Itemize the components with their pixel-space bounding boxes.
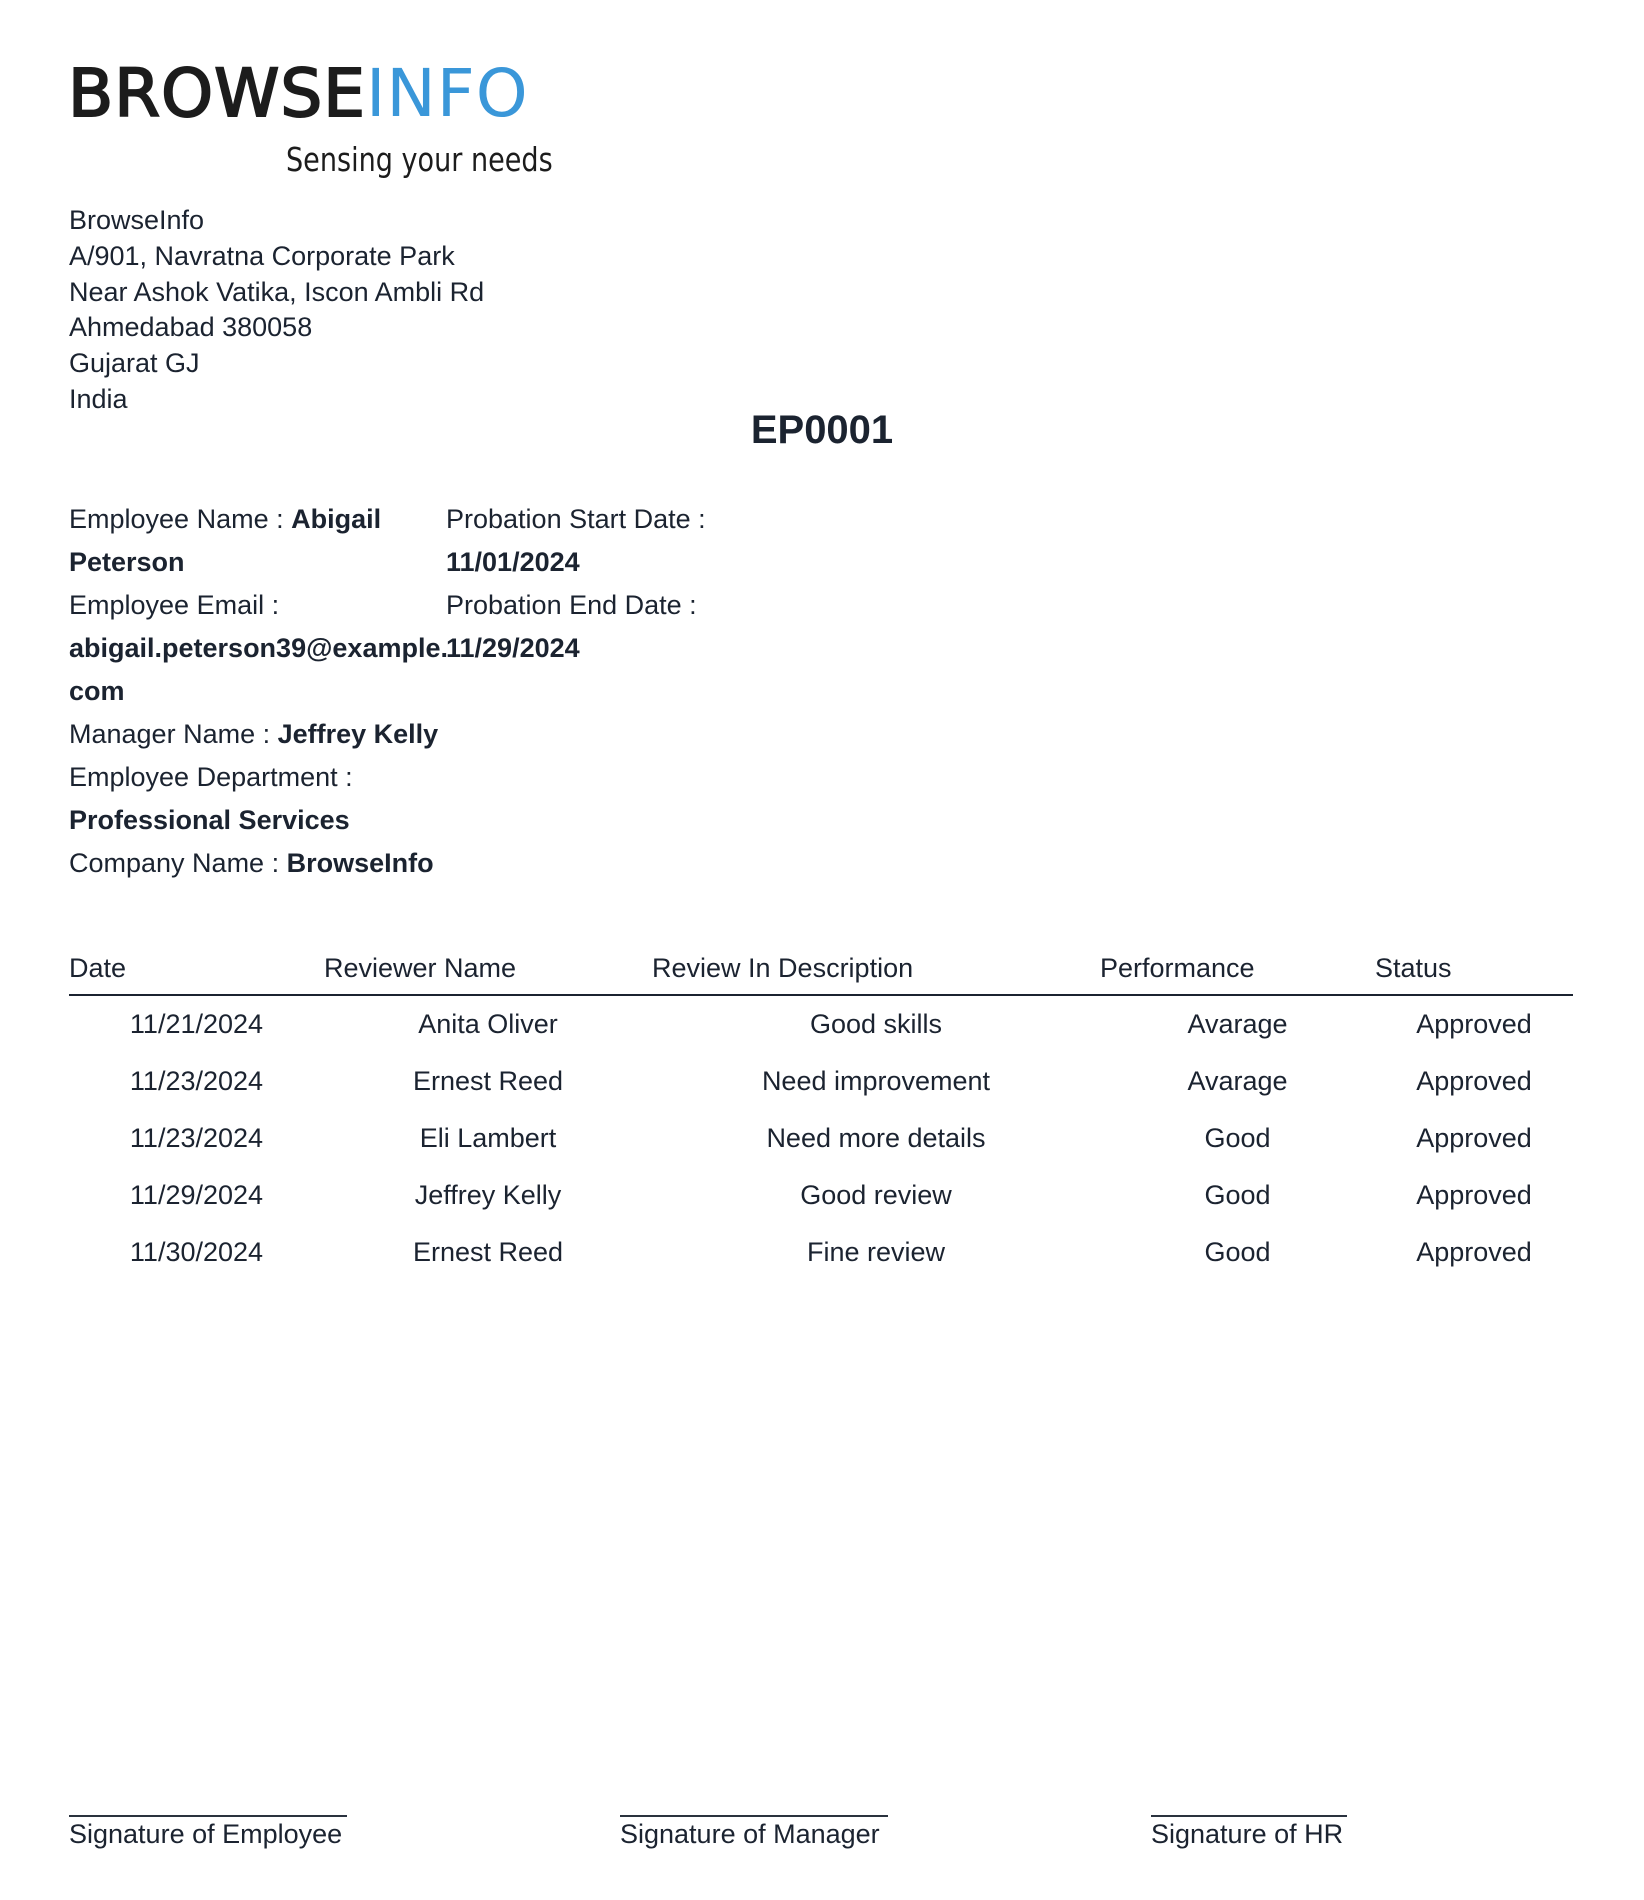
signature-label: Signature of HR (1151, 1817, 1347, 1850)
signature-hr: Signature of HR (1151, 1815, 1347, 1850)
employee-name-value: Abigail (291, 504, 381, 534)
cell-description: Good review (652, 1167, 1100, 1224)
logo-text-dark: BROWSE (68, 55, 366, 132)
cell-description: Need improvement (652, 1053, 1100, 1110)
logo-text-blue: INFO (366, 55, 529, 132)
employee-name-label: Employee Name : (69, 504, 291, 534)
table-row: 11/29/2024Jeffrey KellyGood reviewGoodAp… (69, 1167, 1573, 1224)
manager-name-value: Jeffrey Kelly (278, 719, 439, 749)
employee-email-value-cont: com (69, 676, 125, 706)
cell-status: Approved (1375, 1053, 1573, 1110)
company-name-field: Company Name : BrowseInfo (69, 842, 447, 885)
cell-date: 11/21/2024 (69, 995, 324, 1053)
cell-performance: Avarage (1100, 995, 1375, 1053)
column-header-reviewer: Reviewer Name (324, 944, 652, 995)
address-line: A/901, Navratna Corporate Park (69, 239, 484, 275)
cell-date: 11/23/2024 (69, 1053, 324, 1110)
cell-status: Approved (1375, 1167, 1573, 1224)
signature-label: Signature of Manager (620, 1817, 888, 1850)
address-line: Ahmedabad 380058 (69, 310, 484, 346)
cell-reviewer: Jeffrey Kelly (324, 1167, 652, 1224)
employee-name-value-cont: Peterson (69, 547, 185, 577)
employee-email-label: Employee Email : (69, 584, 447, 627)
cell-performance: Good (1100, 1167, 1375, 1224)
employee-info-column: Employee Name : Abigail Peterson Employe… (69, 498, 447, 885)
probation-start-value: 11/01/2024 (446, 547, 580, 577)
cell-status: Approved (1375, 1110, 1573, 1167)
address-line: BrowseInfo (69, 203, 484, 239)
employee-name-field: Employee Name : Abigail (69, 498, 447, 541)
company-address: BrowseInfo A/901, Navratna Corporate Par… (69, 203, 484, 418)
cell-description: Need more details (652, 1110, 1100, 1167)
company-name-label: Company Name : (69, 848, 287, 878)
probation-end-value: 11/29/2024 (446, 633, 580, 663)
manager-name-field: Manager Name : Jeffrey Kelly (69, 713, 447, 756)
reviews-table-header: Date Reviewer Name Review In Description… (69, 944, 1573, 995)
cell-description: Fine review (652, 1224, 1100, 1281)
cell-reviewer: Ernest Reed (324, 1053, 652, 1110)
company-logo: BROWSEINFO (68, 64, 529, 124)
column-header-description: Review In Description (652, 944, 1100, 995)
cell-performance: Good (1100, 1224, 1375, 1281)
cell-performance: Avarage (1100, 1053, 1375, 1110)
table-row: 11/21/2024Anita OliverGood skillsAvarage… (69, 995, 1573, 1053)
company-tagline: Sensing your needs (286, 140, 553, 179)
cell-date: 11/23/2024 (69, 1110, 324, 1167)
column-header-performance: Performance (1100, 944, 1375, 995)
cell-reviewer: Eli Lambert (324, 1110, 652, 1167)
cell-reviewer: Anita Oliver (324, 995, 652, 1053)
manager-name-label: Manager Name : (69, 719, 278, 749)
department-label: Employee Department : (69, 756, 447, 799)
table-row: 11/30/2024Ernest ReedFine reviewGoodAppr… (69, 1224, 1573, 1281)
table-row: 11/23/2024Ernest ReedNeed improvementAva… (69, 1053, 1573, 1110)
table-row: 11/23/2024Eli LambertNeed more detailsGo… (69, 1110, 1573, 1167)
document-reference: EP0001 (0, 408, 1644, 453)
signature-employee: Signature of Employee (69, 1815, 347, 1850)
address-line: Gujarat GJ (69, 346, 484, 382)
department-value: Professional Services (69, 805, 350, 835)
cell-performance: Good (1100, 1110, 1375, 1167)
employee-email-value: abigail.peterson39@example. (69, 633, 448, 663)
cell-status: Approved (1375, 1224, 1573, 1281)
column-header-status: Status (1375, 944, 1573, 995)
company-name-value: BrowseInfo (287, 848, 434, 878)
probation-end-label: Probation End Date : (446, 584, 746, 627)
cell-description: Good skills (652, 995, 1100, 1053)
signature-manager: Signature of Manager (620, 1815, 888, 1850)
signature-label: Signature of Employee (69, 1817, 347, 1850)
probation-start-label: Probation Start Date : (446, 498, 746, 541)
cell-status: Approved (1375, 995, 1573, 1053)
probation-info-column: Probation Start Date : 11/01/2024 Probat… (446, 498, 746, 670)
column-header-date: Date (69, 944, 324, 995)
cell-date: 11/30/2024 (69, 1224, 324, 1281)
cell-reviewer: Ernest Reed (324, 1224, 652, 1281)
cell-date: 11/29/2024 (69, 1167, 324, 1224)
address-line: Near Ashok Vatika, Iscon Ambli Rd (69, 275, 484, 311)
reviews-table: Date Reviewer Name Review In Description… (69, 944, 1573, 1281)
